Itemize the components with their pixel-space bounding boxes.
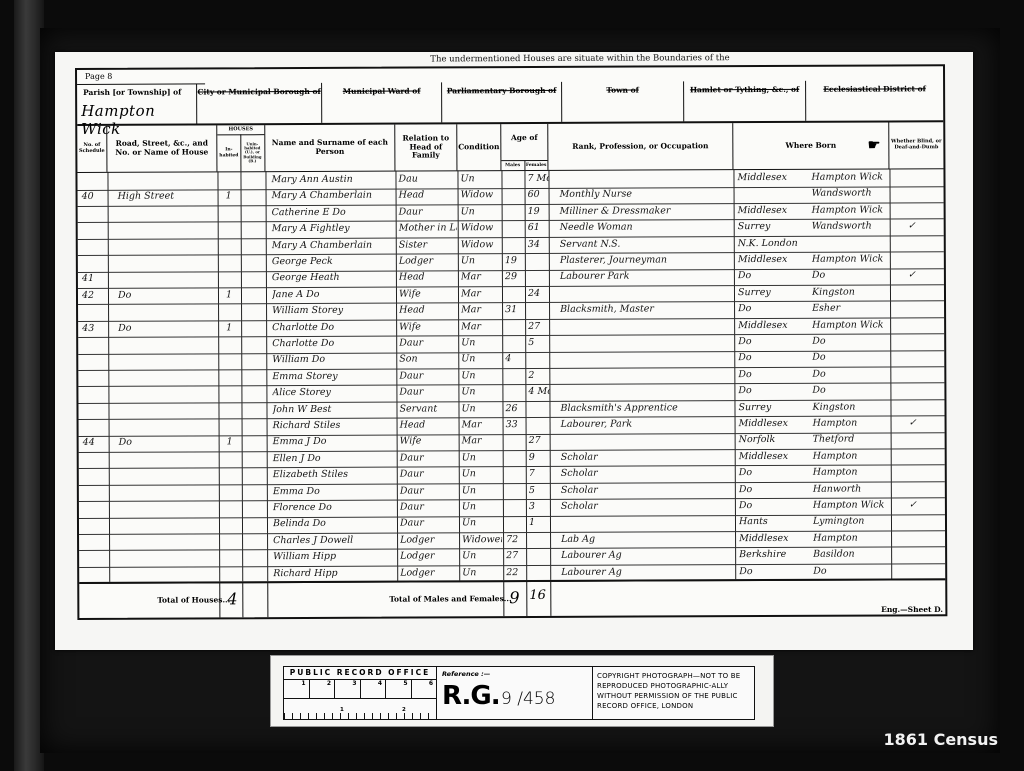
- occupation-cell: Servant N.S.: [560, 236, 732, 253]
- road-cell: [118, 353, 214, 369]
- boundaries-caption: The undermentioned Houses are situate wi…: [77, 52, 943, 66]
- male-age-cell: 27: [506, 548, 526, 564]
- male-age-cell: 29: [505, 269, 525, 285]
- road-cell: [119, 451, 215, 467]
- ruler-num: 3: [335, 680, 361, 698]
- ruler: PUBLIC RECORD OFFICE 1 2 3 4 5 6 1 2: [284, 667, 437, 719]
- born-county-cell: Surrey: [738, 285, 808, 301]
- occupation-cell: Scholar: [561, 482, 733, 499]
- blind-cell: ✓: [908, 218, 938, 234]
- blind-cell: [909, 448, 939, 464]
- female-age-cell: 27: [528, 319, 549, 335]
- schedule-cell: [83, 468, 107, 484]
- relation-cell: Son: [399, 352, 457, 368]
- occupation-cell: [560, 383, 732, 400]
- admin-boundaries-row: Parish [or Township] of Hampton Wick Cit…: [77, 80, 943, 126]
- road-cell: [119, 468, 215, 484]
- born-place-cell: Do: [812, 383, 888, 399]
- condition-cell: Mar: [462, 417, 502, 433]
- male-age-cell: [504, 171, 524, 187]
- blind-cell: ✓: [909, 415, 939, 431]
- occupation-cell: Scholar: [561, 465, 733, 482]
- name-cell: Ellen J Do: [273, 450, 395, 467]
- name-cell: George Peck: [272, 254, 394, 271]
- road-cell: High Street: [118, 189, 214, 205]
- parish-label: Parish [or Township] of: [83, 88, 181, 97]
- image-caption: 1861 Census: [883, 730, 998, 749]
- relation-cell: Daur: [399, 368, 457, 384]
- male-age-cell: [505, 335, 525, 351]
- male-age-cell: [506, 450, 526, 466]
- road-cell: [117, 172, 213, 188]
- road-cell: [119, 418, 215, 434]
- born-label: Where Born: [785, 141, 836, 150]
- name-cell: Charlotte Do: [272, 319, 394, 336]
- rule: [242, 583, 243, 617]
- inhabited-cell: [227, 484, 241, 500]
- born-county-cell: Do: [738, 334, 808, 350]
- pro-title: PUBLIC RECORD OFFICE: [284, 667, 436, 680]
- condition-cell: Mar: [461, 319, 501, 335]
- name-cell: Emma Storey: [272, 368, 394, 385]
- name-cell: William Do: [272, 352, 394, 369]
- blind-cell: [908, 202, 938, 218]
- inhabited-cell: [227, 500, 241, 516]
- born-county-cell: Do: [739, 481, 809, 497]
- female-age-cell: [529, 548, 550, 564]
- schedule-cell: [83, 484, 107, 500]
- occupation-cell: [561, 515, 733, 532]
- born-county-cell: Middlesex: [737, 170, 807, 186]
- schedule-cell: [82, 238, 106, 254]
- blind-cell: [908, 186, 938, 202]
- occupation-cell: [560, 334, 732, 351]
- born-place-cell: Hampton: [813, 530, 889, 546]
- col-inhabited: In-habited: [217, 134, 241, 171]
- inhabited-cell: [225, 172, 239, 188]
- blind-cell: [909, 432, 939, 448]
- relation-cell: Head: [399, 303, 457, 319]
- col-condition: Condition: [457, 124, 501, 170]
- female-age-cell: 9: [529, 450, 550, 466]
- male-age-cell: 31: [505, 302, 525, 318]
- inhabited-cell: [227, 533, 241, 549]
- relation-cell: Daur: [399, 385, 457, 401]
- inhabited-cell: [226, 353, 240, 369]
- occupation-cell: Scholar: [561, 498, 733, 515]
- name-cell: Alice Storey: [272, 385, 394, 402]
- col-relation: Relation to Head of Family: [395, 124, 457, 170]
- male-age-cell: [505, 204, 525, 220]
- inhabited-cell: [226, 402, 240, 418]
- ward-label: Municipal Ward of: [343, 86, 421, 95]
- occupation-cell: Needle Woman: [560, 219, 732, 236]
- road-cell: [118, 254, 214, 270]
- occupation-cell: Lab Ag: [561, 531, 733, 548]
- blind-cell: ✓: [909, 497, 939, 513]
- schedule-cell: 43: [82, 320, 106, 336]
- inhabited-cell: [226, 238, 240, 254]
- born-place-cell: Hampton: [813, 448, 889, 464]
- rule: [550, 582, 551, 616]
- occupation-cell: Labourer Ag: [561, 547, 733, 564]
- male-age-cell: [505, 286, 525, 302]
- male-age-cell: [506, 483, 526, 499]
- condition-cell: Un: [461, 401, 501, 417]
- inhabited-cell: 1: [226, 320, 240, 336]
- born-county-cell: Middlesex: [738, 203, 808, 219]
- boundaries-caption-text: The undermentioned Houses are situate wi…: [430, 53, 729, 64]
- condition-cell: Un: [461, 352, 501, 368]
- born-place-cell: Hampton: [813, 465, 889, 481]
- relation-cell: Wife: [399, 286, 457, 302]
- name-cell: Charlotte Do: [272, 336, 394, 353]
- relation-cell: Wife: [400, 434, 458, 450]
- inhabited-cell: [226, 271, 240, 287]
- born-place-cell: Hampton Wick: [812, 317, 888, 333]
- schedule-cell: [82, 370, 106, 386]
- reference-label: Reference :—: [442, 670, 490, 678]
- name-cell: Emma Do: [273, 483, 395, 500]
- born-place-cell: Thetford: [813, 432, 889, 448]
- born-county-cell: Do: [738, 367, 808, 383]
- blind-cell: [909, 530, 939, 546]
- parliamentary-cell: Parliamentary Borough of: [442, 82, 562, 123]
- road-cell: [118, 386, 214, 402]
- rule: [503, 582, 504, 616]
- col-schedule: No. of Schedule: [77, 126, 107, 172]
- born-place-cell: Hanworth: [813, 481, 889, 497]
- born-place-cell: Do: [812, 366, 888, 382]
- male-age-cell: 4: [505, 351, 525, 367]
- road-cell: [118, 402, 214, 418]
- condition-cell: Un: [461, 368, 501, 384]
- born-county-cell: Do: [738, 383, 808, 399]
- reference-box: Reference :— R.G. 9 /458: [437, 667, 593, 719]
- schedule-cell: 41: [82, 271, 106, 287]
- town-cell: Town of: [562, 81, 684, 122]
- male-age-cell: [505, 319, 525, 335]
- condition-cell: Un: [461, 384, 501, 400]
- blind-cell: [909, 514, 939, 530]
- condition-cell: Un: [462, 499, 502, 515]
- ruler-num: 4: [361, 680, 387, 698]
- occupation-cell: Blacksmith's Apprentice: [560, 400, 732, 417]
- total-females-value: 16: [529, 588, 546, 603]
- male-age-cell: [506, 466, 526, 482]
- road-cell: [119, 517, 215, 533]
- born-place-cell: Hampton Wick: [812, 251, 888, 267]
- road-cell: [119, 484, 215, 500]
- condition-cell: Un: [461, 335, 501, 351]
- rule: [267, 583, 268, 617]
- born-county-cell: Do: [738, 268, 808, 284]
- schedule-cell: [83, 501, 107, 517]
- occupation-cell: [560, 285, 732, 302]
- schedule-cell: 42: [82, 288, 106, 304]
- schedule-cell: [83, 452, 107, 468]
- female-age-cell: 7 Mo: [527, 171, 548, 187]
- inhabited-cell: [226, 254, 240, 270]
- road-cell: [119, 533, 215, 549]
- blind-cell: [908, 317, 938, 333]
- born-place-cell: Do: [812, 350, 888, 366]
- female-age-cell: [529, 417, 550, 433]
- blind-cell: [908, 251, 938, 267]
- road-cell: [118, 205, 214, 221]
- schedule-cell: [81, 173, 105, 189]
- blind-cell: [908, 399, 938, 415]
- relation-cell: Daur: [399, 204, 457, 220]
- name-cell: Mary A Chamberlain: [272, 237, 394, 254]
- born-place-cell: Hampton Wick: [813, 497, 889, 513]
- born-place-cell: Esher: [812, 301, 888, 317]
- male-age-cell: 22: [506, 565, 526, 581]
- condition-cell: Un: [461, 253, 501, 269]
- total-houses-value: 4: [227, 589, 237, 608]
- schedule-cell: [82, 386, 106, 402]
- born-county-cell: Do: [739, 498, 809, 514]
- name-cell: Mary A Chamberlain: [272, 188, 394, 205]
- female-age-cell: 24: [528, 286, 549, 302]
- born-county-cell: Do: [739, 465, 809, 481]
- condition-cell: Un: [462, 466, 502, 482]
- born-county-cell: [738, 186, 808, 202]
- born-county-cell: Middlesex: [738, 317, 808, 333]
- condition-cell: Un: [462, 548, 502, 564]
- road-cell: [118, 238, 214, 254]
- blind-cell: [908, 382, 938, 398]
- occupation-cell: Labourer Park: [560, 269, 732, 286]
- ecclesiastical-cell: Ecclesiastical District of: [806, 80, 943, 121]
- name-cell: Florence Do: [273, 500, 395, 517]
- male-age-cell: [505, 384, 525, 400]
- born-place-cell: Kingston: [812, 284, 888, 300]
- female-age-cell: [528, 269, 549, 285]
- schedule-cell: [83, 419, 107, 435]
- hamlet-label: Hamlet or Tything, &c., of: [690, 85, 799, 94]
- condition-cell: Mar: [461, 302, 501, 318]
- born-place-cell: Do: [813, 563, 889, 579]
- relation-cell: Daur: [400, 499, 458, 515]
- born-county-cell: Berkshire: [739, 547, 809, 563]
- female-age-cell: 5: [528, 335, 549, 351]
- borough-cell: City or Municipal Borough of: [197, 83, 322, 124]
- male-age-cell: [505, 237, 525, 253]
- occupation-cell: [561, 433, 733, 450]
- occupation-cell: [560, 318, 732, 335]
- col-males: Males: [501, 161, 525, 170]
- road-cell: [118, 271, 214, 287]
- col-uninhabited: Unin-habited (U.), or Building (B.): [240, 134, 264, 171]
- occupation-cell: Blacksmith, Master: [560, 301, 732, 318]
- census-form: The undermentioned Houses are situate wi…: [75, 64, 947, 620]
- male-age-cell: [505, 220, 525, 236]
- female-age-cell: [528, 401, 549, 417]
- pointing-hand-icon: ☛: [868, 137, 881, 153]
- born-place-cell: Do: [812, 333, 888, 349]
- rule: [526, 582, 527, 616]
- born-county-cell: Surrey: [738, 399, 808, 415]
- condition-cell: Mar: [461, 270, 501, 286]
- pro-label-box: PUBLIC RECORD OFFICE 1 2 3 4 5 6 1 2 Ref…: [283, 666, 755, 720]
- relation-cell: Daur: [400, 467, 458, 483]
- blind-cell: [907, 169, 937, 185]
- rule: [219, 583, 220, 617]
- public-record-office-label: PUBLIC RECORD OFFICE 1 2 3 4 5 6 1 2 Ref…: [270, 655, 774, 727]
- female-age-cell: 2: [528, 368, 549, 384]
- blind-cell: [909, 563, 939, 579]
- col-age: Age of Males Females: [501, 124, 548, 170]
- born-county-cell: Do: [738, 301, 808, 317]
- male-age-cell: [505, 368, 525, 384]
- schedule-cell: [83, 566, 107, 582]
- born-place-cell: [812, 235, 888, 251]
- male-age-cell: [505, 187, 525, 203]
- inhabited-cell: [227, 418, 241, 434]
- born-county-cell: N.K. London: [738, 235, 808, 251]
- name-cell: John W Best: [272, 401, 394, 418]
- occupation-cell: Scholar: [561, 449, 733, 466]
- female-age-cell: [529, 565, 550, 581]
- male-age-cell: 26: [505, 401, 525, 417]
- parliamentary-label: Parliamentary Borough of: [447, 86, 557, 95]
- relation-cell: Lodger: [400, 565, 458, 581]
- ruler-num: 6: [412, 680, 437, 698]
- inhabited-cell: [227, 467, 241, 483]
- road-cell: [118, 304, 214, 320]
- relation-cell: Lodger: [399, 253, 457, 269]
- parish-cell: Parish [or Township] of Hampton Wick: [77, 83, 197, 124]
- schedule-cell: [82, 337, 106, 353]
- schedule-cell: [82, 304, 106, 320]
- female-age-cell: [528, 302, 549, 318]
- male-age-cell: 33: [506, 417, 526, 433]
- condition-cell: Un: [461, 204, 501, 220]
- born-place-cell: Wandsworth: [812, 219, 888, 235]
- name-cell: Jane A Do: [272, 286, 394, 303]
- female-age-cell: 61: [528, 220, 549, 236]
- male-age-cell: 19: [505, 253, 525, 269]
- ecclesiastical-label: Ecclesiastical District of: [823, 84, 926, 93]
- inhabited-cell: 1: [227, 435, 241, 451]
- condition-cell: Un: [462, 516, 502, 532]
- schedule-cell: [82, 206, 106, 222]
- road-cell: Do: [118, 287, 214, 303]
- occupation-cell: Labourer, Park: [561, 416, 733, 433]
- inhabited-cell: [227, 451, 241, 467]
- blind-cell: [908, 235, 938, 251]
- name-cell: William Hipp: [273, 549, 395, 566]
- inhabited-cell: [226, 221, 240, 237]
- condition-cell: Un: [462, 483, 502, 499]
- col-blind: Whether Blind, or Deaf-and-Dumb: [889, 122, 943, 168]
- col-born: Where Born ☛: [733, 122, 889, 169]
- born-place-cell: Hampton Wick: [812, 202, 888, 218]
- inhabited-cell: 1: [226, 189, 240, 205]
- relation-cell: Daur: [400, 483, 458, 499]
- condition-cell: Widower: [462, 532, 502, 548]
- born-place-cell: Lymington: [813, 514, 889, 530]
- born-place-cell: Wandsworth: [812, 186, 888, 202]
- born-county-cell: Hants: [739, 514, 809, 530]
- ruler-num: 5: [386, 680, 412, 698]
- total-males-value: 9: [509, 588, 519, 607]
- census-sheet: The undermentioned Houses are situate wi…: [55, 52, 973, 650]
- col-houses: HOUSES In-habited Unin-habited (U.), or …: [217, 125, 265, 171]
- born-place-cell: Hampton: [813, 415, 889, 431]
- name-cell: William Storey: [272, 303, 394, 320]
- road-cell: [118, 369, 214, 385]
- female-age-cell: 27: [529, 433, 550, 449]
- relation-cell: Daur: [400, 450, 458, 466]
- inhabited-cell: [226, 205, 240, 221]
- male-age-cell: [506, 433, 526, 449]
- blind-cell: [909, 481, 939, 497]
- total-persons-label: Total of Males and Females...: [389, 594, 511, 604]
- relation-cell: Sister: [399, 237, 457, 253]
- male-age-cell: [506, 515, 526, 531]
- condition-cell: Widow: [461, 188, 501, 204]
- condition-cell: Widow: [461, 237, 501, 253]
- blind-cell: [908, 300, 938, 316]
- ruler-num: 1: [284, 680, 310, 698]
- blind-cell: [908, 366, 938, 382]
- born-place-cell: Kingston: [812, 399, 888, 415]
- occupation-cell: Labourer Ag: [561, 564, 733, 581]
- ruler-num: 2: [310, 680, 336, 698]
- condition-cell: Widow: [461, 220, 501, 236]
- blind-cell: [908, 333, 938, 349]
- blind-cell: [909, 546, 939, 562]
- born-county-cell: Surrey: [738, 219, 808, 235]
- condition-cell: Un: [462, 450, 502, 466]
- condition-cell: Un: [462, 565, 502, 581]
- inhabited-cell: 1: [226, 287, 240, 303]
- road-cell: [118, 222, 214, 238]
- female-age-cell: 34: [528, 237, 549, 253]
- name-cell: Catherine E Do: [272, 204, 394, 221]
- relation-cell: Daur: [399, 335, 457, 351]
- inhabited-cell: [227, 517, 241, 533]
- relation-cell: Head: [399, 188, 457, 204]
- condition-cell: Mar: [461, 286, 501, 302]
- copyright-notice: COPYRIGHT PHOTOGRAPH—NOT TO BE REPRODUCE…: [593, 667, 754, 719]
- female-age-cell: [528, 351, 549, 367]
- col-road: Road, Street, &c., and No. or Name of Ho…: [107, 125, 217, 171]
- name-cell: Richard Stiles: [273, 418, 395, 435]
- relation-cell: Wife: [399, 319, 457, 335]
- schedule-cell: [83, 517, 107, 533]
- inhabited-cell: [226, 385, 240, 401]
- born-county-cell: Do: [738, 350, 808, 366]
- inhabited-cell: [226, 303, 240, 319]
- occupation-cell: Milliner & Dressmaker: [560, 203, 732, 220]
- blind-cell: [908, 284, 938, 300]
- blind-cell: [908, 350, 938, 366]
- road-cell: [119, 550, 215, 566]
- relation-cell: Dau: [398, 171, 456, 187]
- blind-cell: ✓: [908, 268, 938, 284]
- female-age-cell: 4 Mo: [528, 384, 549, 400]
- female-age-cell: 19: [528, 204, 549, 220]
- female-age-cell: 60: [528, 187, 549, 203]
- female-age-cell: 1: [529, 515, 550, 531]
- schedule-cell: 40: [82, 189, 106, 205]
- name-cell: Elizabeth Stiles: [273, 467, 395, 484]
- ruler-numbers: 1 2 3 4 5 6: [284, 680, 436, 699]
- female-age-cell: 3: [529, 499, 550, 515]
